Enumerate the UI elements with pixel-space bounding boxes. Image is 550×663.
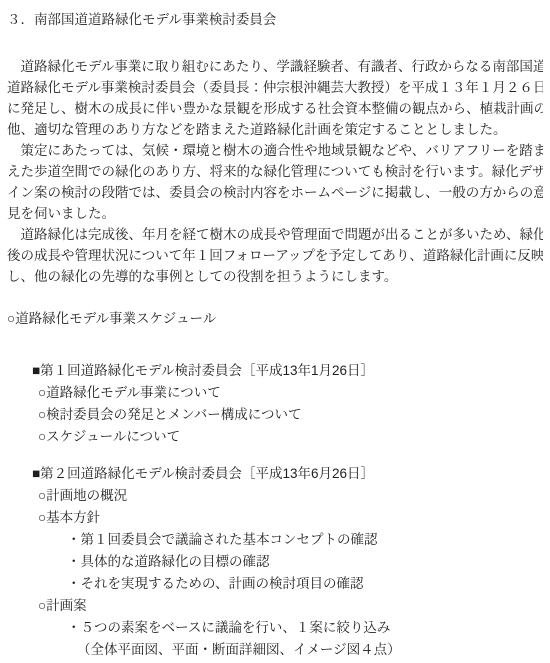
document-page: ３．南部国道道路緑化モデル事業検討委員会 道路緑化モデル事業に取り組むにあたり、…: [0, 0, 550, 663]
paragraph-line: 見を伺いました。: [7, 203, 543, 224]
paragraph-line: イン案の検討の段階では、委員会の検討内容をホームページに掲載し、一般の方からの意: [7, 182, 543, 203]
meeting-2-subitem: ・具体的な道路緑化の目標の確認: [7, 551, 543, 573]
paragraph: 道路緑化は完成後、年月を経て樹木の成長や管理面で問題が出ることが多いため、緑化 …: [7, 224, 543, 287]
meeting-1-item: ○スケジュールについて: [7, 426, 543, 448]
paragraph-line: に発足し、樹木の成長に伴い豊かな景観を形成する社会資本整備の観点から、植栽計画の: [7, 98, 543, 119]
paragraph-line: し、他の緑化の先導的な事例としての役割を担うようにします。: [7, 266, 543, 287]
meeting-2-subitem-note: （全体平面図、平面・断面詳細図、イメージ図４点）: [7, 639, 543, 661]
paragraph-line: 後の成長や管理状況について年１回フォローアップを予定してあり、道路緑化計画に反映: [7, 245, 543, 266]
meeting-1-item: ○検討委員会の発足とメンバー構成について: [7, 404, 543, 426]
meeting-2-subitem: ・第１回委員会で議論された基本コンセプトの確認: [7, 529, 543, 551]
meeting-1-section: ■第１回道路緑化モデル検討委員会［平成13年1月26日］ ○道路緑化モデル事業に…: [7, 360, 543, 448]
meeting-1-title: ■第１回道路緑化モデル検討委員会［平成13年1月26日］: [7, 360, 543, 382]
meeting-2-subitem: ・５つの素案をベースに議論を行い、１案に絞り込み: [7, 617, 543, 639]
paragraph: 策定にあたっては、気候・環境と樹木の適合性や地域景観などや、バリアフリーを踏ま …: [7, 140, 543, 224]
paragraph-line: 道路緑化モデル事業検討委員会（委員長：仲宗根沖縄芸大教授）を平成１３年１月２６日: [7, 77, 543, 98]
paragraph-line: 他、適切な管理のあり方などを踏まえた道路緑化計画を策定することとしました。: [7, 119, 543, 140]
paragraph-line: 策定にあたっては、気候・環境と樹木の適合性や地域景観などや、バリアフリーを踏ま: [7, 140, 543, 161]
page-title: ３．南部国道道路緑化モデル事業検討委員会: [7, 9, 543, 30]
schedule-section-heading: ○道路緑化モデル事業スケジュール: [7, 308, 543, 329]
paragraph: 道路緑化モデル事業に取り組むにあたり、学識経験者、有識者、行政からなる南部国道 …: [7, 56, 543, 140]
paragraph-line: えた歩道空間での緑化のあり方、将来的な緑化管理についても検討を行います。緑化デザ: [7, 161, 543, 182]
meeting-1-item: ○道路緑化モデル事業について: [7, 382, 543, 404]
intro-paragraphs: 道路緑化モデル事業に取り組むにあたり、学識経験者、有識者、行政からなる南部国道 …: [7, 56, 543, 287]
meeting-2-subitem: ・それを実現するための、計画の検討項目の確認: [7, 573, 543, 595]
paragraph-line: 道路緑化モデル事業に取り組むにあたり、学識経験者、有識者、行政からなる南部国道: [7, 56, 543, 77]
meeting-2-section: ■第２回道路緑化モデル検討委員会［平成13年6月26日］ ○計画地の概況 ○基本…: [7, 463, 543, 661]
meeting-2-item: ○計画案: [7, 595, 543, 617]
paragraph-line: 道路緑化は完成後、年月を経て樹木の成長や管理面で問題が出ることが多いため、緑化: [7, 224, 543, 245]
meeting-2-title: ■第２回道路緑化モデル検討委員会［平成13年6月26日］: [7, 463, 543, 485]
meeting-2-item: ○基本方針: [7, 507, 543, 529]
meeting-2-item: ○計画地の概況: [7, 485, 543, 507]
